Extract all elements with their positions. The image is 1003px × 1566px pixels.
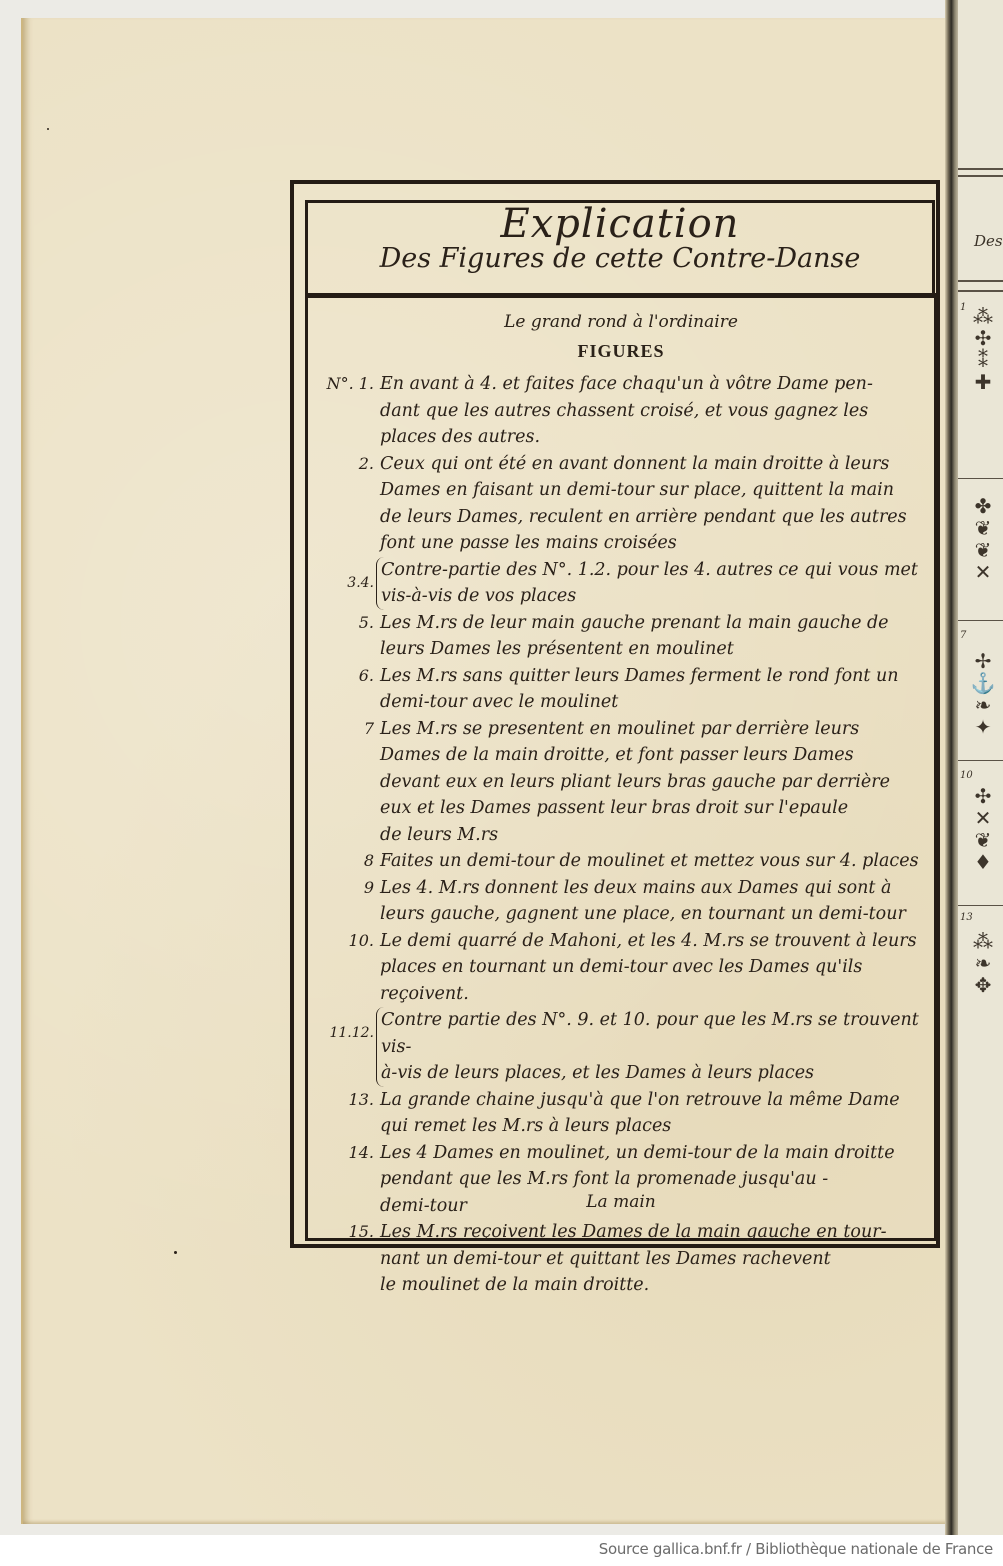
figure-text: Les M.rs reçoivent les Dames de la main …	[380, 1219, 934, 1299]
rule-line	[958, 280, 1003, 282]
figure-text: Ceux qui ont été en avant donnent la mai…	[380, 451, 934, 557]
figure-text: Les M.rs de leur main gauche prenant la …	[380, 610, 934, 663]
figure-text: Les M.rs se presentent en moulinet par d…	[380, 716, 934, 849]
rule-line	[958, 905, 1003, 906]
dance-figure-ornament-icon: ⁂✣⁑✚	[964, 305, 1002, 415]
figure-number: 13	[960, 912, 973, 923]
rule-line	[958, 620, 1003, 621]
figure-item: 6. Les M.rs sans quitter leurs Dames fer…	[308, 663, 938, 716]
figure-text: Les 4. M.rs donnent les deux mains aux D…	[380, 875, 934, 928]
figure-text: Les M.rs sans quitter leurs Dames fermen…	[380, 663, 934, 716]
adjacent-page-header: Des F	[974, 232, 1003, 250]
dance-figure-ornament-icon: ✤❦❦✕	[964, 495, 1002, 605]
title-cartouche: Explication Des Figures de cette Contre-…	[305, 200, 935, 298]
figure-item: 8 Faites un demi-tour de moulinet et met…	[308, 848, 938, 875]
figure-text: En avant à 4. et faites face chaqu'un à …	[380, 371, 934, 451]
figure-number: 9	[316, 875, 374, 902]
rule-line	[958, 175, 1003, 177]
rule-line	[958, 290, 1003, 292]
figure-item: N°. 1. En avant à 4. et faites face chaq…	[308, 371, 938, 451]
figure-number: 5.	[316, 610, 374, 637]
source-credit: Source gallica.bnf.fr / Bibliothèque nat…	[599, 1540, 993, 1558]
dance-figure-ornament-icon: ⁂❧✥	[964, 930, 1002, 1040]
figure-number: 11.12.	[316, 1020, 374, 1047]
page-subtitle: Des Figures de cette Contre-Danse	[308, 243, 932, 274]
book-spine	[945, 0, 959, 1535]
rule-line	[958, 168, 1003, 170]
figure-item: 7 Les M.rs se presentent en moulinet par…	[308, 716, 938, 849]
figure-number: 7	[960, 630, 966, 641]
figures-panel: Le grand rond à l'ordinaire FIGURES N°. …	[305, 293, 937, 1241]
figure-number: 6.	[316, 663, 374, 690]
figure-text: Le demi quarré de Mahoni, et les 4. M.rs…	[380, 928, 934, 1008]
figure-number: 14.	[316, 1140, 374, 1167]
figure-number: 15.	[316, 1219, 374, 1246]
figure-text: La grande chaine jusqu'à que l'on retrou…	[380, 1087, 934, 1140]
figure-item: 11.12. Contre partie des N°. 9. et 10. p…	[308, 1007, 938, 1087]
ink-speck	[47, 128, 49, 130]
figure-number: 2.	[316, 451, 374, 478]
intro-line: Le grand rond à l'ordinaire	[308, 312, 934, 332]
page-title: Explication	[308, 201, 932, 247]
figure-item: 13. La grande chaine jusqu'à que l'on re…	[308, 1087, 938, 1140]
figure-number: 10	[960, 770, 973, 781]
adjacent-page: Des F 1 ⁂✣⁑✚ ✤❦❦✕ 7 ✢⚓❧✦ 10 ✣✕❦♦ 13 ⁂❧✥	[958, 0, 1003, 1535]
rule-line	[958, 760, 1003, 761]
figure-number: 10.	[316, 928, 374, 955]
dance-figure-ornament-icon: ✢⚓❧✦	[964, 650, 1002, 760]
figure-number: 8	[316, 848, 374, 875]
figure-item: 15. Les M.rs reçoivent les Dames de la m…	[308, 1219, 938, 1299]
ink-speck	[174, 1251, 177, 1254]
figure-number: 7	[316, 716, 374, 743]
figure-list: N°. 1. En avant à 4. et faites face chaq…	[308, 371, 938, 1299]
figure-text: Contre partie des N°. 9. et 10. pour que…	[376, 1007, 934, 1087]
catchword: La main	[308, 1192, 934, 1212]
figure-number: N°. 1.	[316, 371, 374, 398]
figure-item: 2. Ceux qui ont été en avant donnent la …	[308, 451, 938, 557]
figure-item: 9 Les 4. M.rs donnent les deux mains aux…	[308, 875, 938, 928]
rule-line	[958, 478, 1003, 479]
figure-item: 5. Les M.rs de leur main gauche prenant …	[308, 610, 938, 663]
figure-item: 10. Le demi quarré de Mahoni, et les 4. …	[308, 928, 938, 1008]
figure-number: 3.4.	[316, 570, 374, 597]
figure-text: Contre-partie des N°. 1.2. pour les 4. a…	[376, 557, 934, 610]
dance-figure-ornament-icon: ✣✕❦♦	[964, 785, 1002, 895]
figure-number: 13.	[316, 1087, 374, 1114]
figure-item: 3.4. Contre-partie des N°. 1.2. pour les…	[308, 557, 938, 610]
section-heading: FIGURES	[308, 341, 934, 362]
figure-text: Faites un demi-tour de moulinet et mette…	[380, 848, 934, 875]
source-footer: Source gallica.bnf.fr / Bibliothèque nat…	[0, 1535, 1003, 1566]
